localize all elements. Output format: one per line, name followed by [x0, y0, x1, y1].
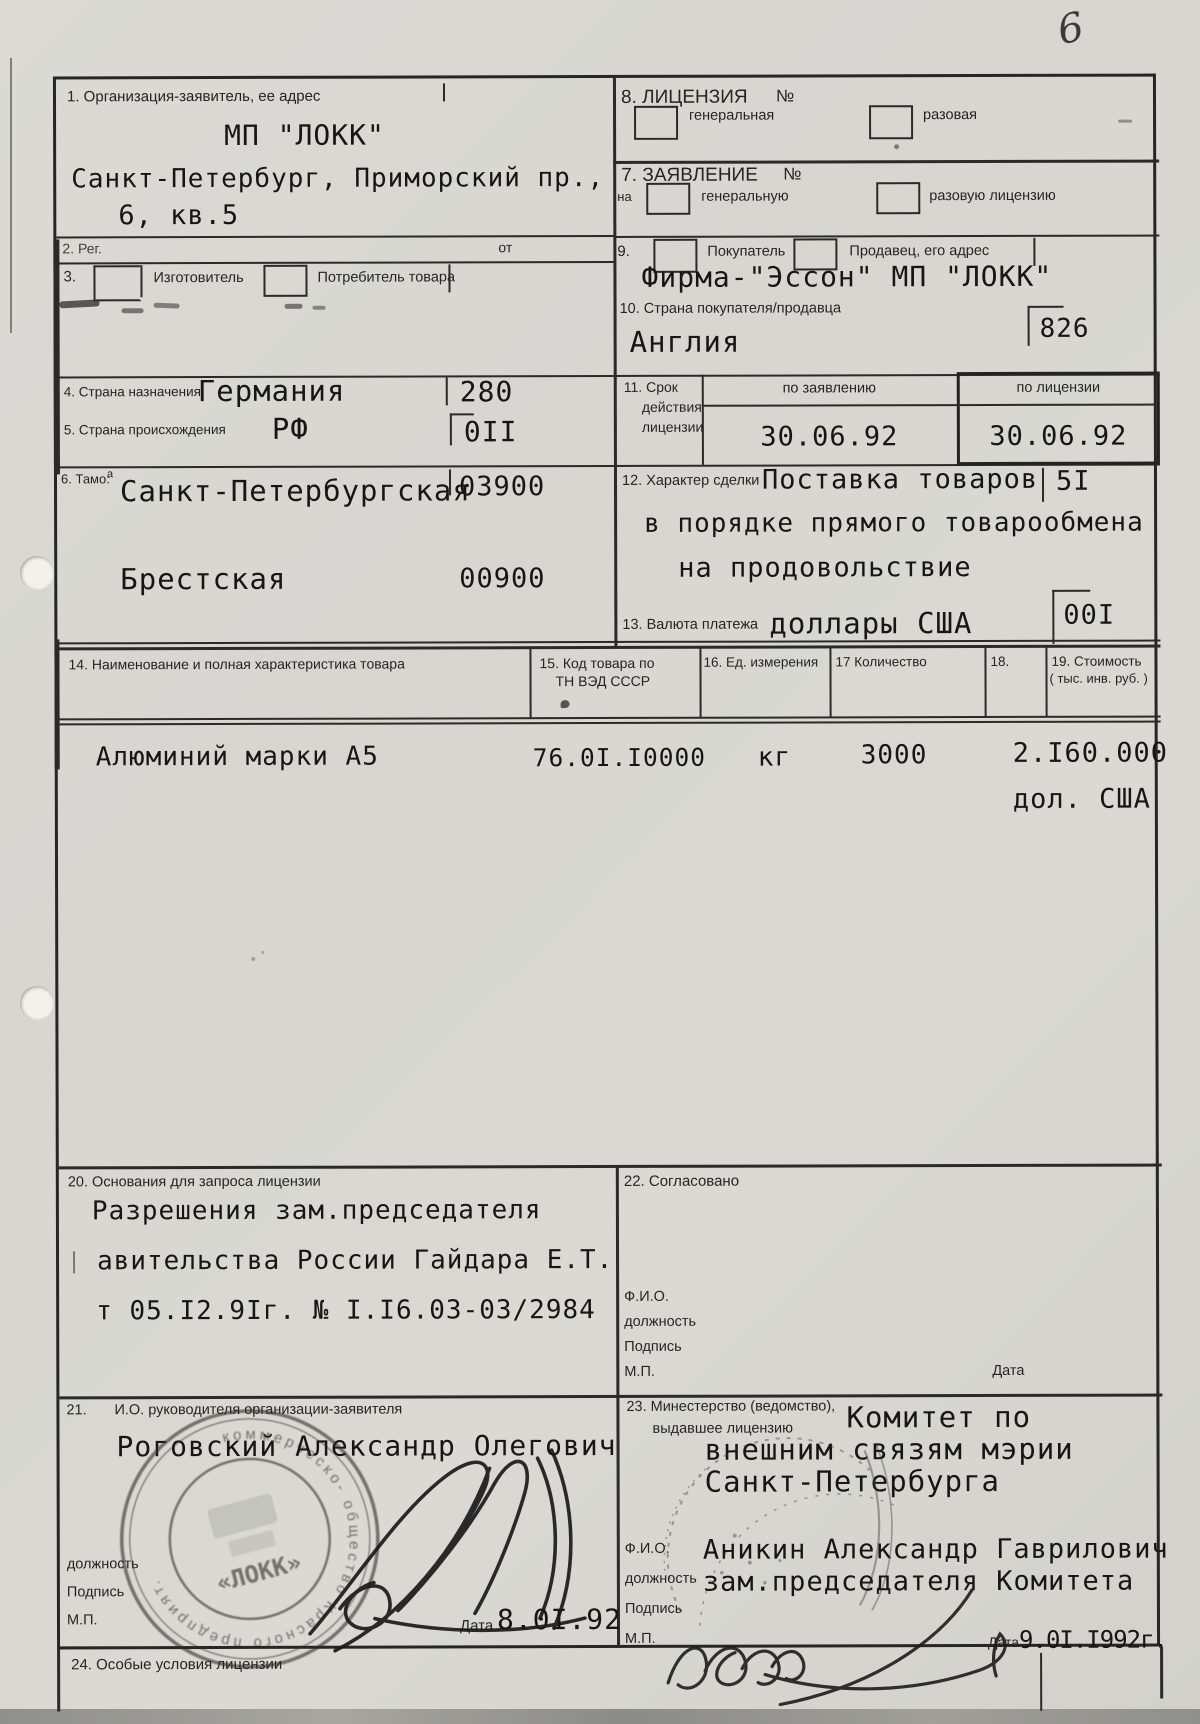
col15-header: 15. Код товара по — [539, 655, 654, 671]
box5-label: 5. Страна происхождения — [64, 422, 226, 438]
buyer-country: Англия — [630, 325, 741, 359]
mp-label: М.П. — [67, 1612, 98, 1629]
goods-code: 76.0I.I0000 — [533, 743, 706, 772]
col14-header: 14. Наименование и полная характеристика… — [68, 656, 404, 673]
ink-smudge — [285, 304, 303, 309]
applicant-address-line1: Санкт-Петербург, Приморский пр., — [71, 163, 604, 194]
deal-type-line2: в порядке прямого товарообмена — [644, 508, 1144, 539]
page-crease — [10, 58, 12, 333]
deal-type-line1: Поставка товаров — [762, 464, 1038, 496]
box21-number: 21. — [66, 1402, 86, 1419]
checkbox-bracket — [140, 265, 142, 297]
box9-number: 9. — [617, 243, 630, 260]
customs-2-code: 00900 — [459, 563, 545, 594]
partial-letter — [73, 1251, 75, 1273]
border-line — [529, 648, 531, 718]
date-label: Дата — [992, 1363, 1024, 1380]
box7-no-sign: № — [783, 164, 801, 184]
goods-name: Алюминий марки А5 — [96, 742, 379, 773]
border-line — [59, 1164, 1162, 1169]
box24-label: 24. Особые условия лицензии — [71, 1656, 282, 1674]
hole-punch — [20, 986, 54, 1020]
consumer-checkbox — [263, 265, 307, 297]
border-line — [54, 639, 59, 769]
box8-no-sign: № — [776, 87, 794, 107]
manufacturer-checkbox — [93, 265, 141, 301]
tick-mark — [448, 264, 450, 292]
border-line — [984, 647, 986, 717]
border-line — [699, 648, 701, 718]
ink-smudge — [313, 306, 326, 310]
border-line — [58, 716, 1161, 721]
box11-label: 11. Срок — [624, 379, 678, 395]
border-line — [613, 235, 1159, 238]
ink-smudge — [153, 303, 179, 309]
border-line — [58, 721, 1161, 725]
buyer-label: Покупатель — [707, 244, 785, 261]
box13-label: 13. Валюта платежа — [622, 617, 758, 634]
corner-bracket — [1028, 306, 1064, 308]
col19-header: ( тыс. инв. руб. ) — [1050, 672, 1148, 687]
single-application-checkbox — [876, 182, 920, 214]
ink-dot — [251, 957, 255, 961]
destination-country: Германия — [198, 374, 346, 408]
manufacturer-label: Изготовитель — [153, 270, 243, 287]
box11-label: лицензии — [642, 419, 703, 435]
col18-header: 18. — [990, 654, 1009, 670]
hole-punch — [20, 556, 54, 590]
column-divider — [616, 1165, 620, 1648]
fio-label: Ф.И.О. — [624, 1289, 669, 1306]
col17-header: 17 Количество — [835, 654, 926, 670]
scanned-license-form-page: 6 — [0, 0, 1200, 1724]
origin-country: РФ — [272, 412, 309, 446]
payment-currency-code: 00I — [1063, 600, 1115, 631]
border-line — [702, 404, 957, 406]
applicant-address-line2: 6, кв.5 — [118, 200, 239, 231]
applicant-name: МП "ЛОКК" — [224, 119, 385, 152]
mp-label: М.П. — [624, 1364, 655, 1381]
ink-dot — [561, 700, 570, 708]
tick-mark — [449, 469, 451, 495]
tick-mark — [443, 83, 445, 101]
border-line — [1045, 647, 1047, 717]
box2-from-label: от — [498, 239, 512, 255]
border-line — [57, 465, 614, 468]
ink-smudge — [59, 299, 99, 308]
customs-1-name: Санкт-Петербургская — [120, 473, 471, 508]
box1-label: 1. Организация-заявитель, ее адрес — [67, 88, 320, 106]
grounds-line2: авительства России Гайдара Е.Т. — [97, 1245, 613, 1276]
box3-number: 3. — [63, 268, 76, 285]
border-line — [57, 645, 1160, 651]
box22-label: 22. Согласовано — [624, 1173, 739, 1191]
ministry-sign-date: 9.0I.I992г. — [1019, 1626, 1167, 1654]
position-label: должность — [624, 1314, 696, 1331]
signature-label: Подпись — [624, 1339, 681, 1356]
customs-2-name: Брестская — [120, 562, 286, 596]
goods-cost: 2.I60.000 — [1013, 738, 1168, 769]
general-license-label: генеральная — [689, 108, 774, 125]
deal-type-code: 5I — [1056, 466, 1091, 497]
border-line — [53, 239, 60, 474]
col16-header: 16. Ед. измерения — [703, 654, 818, 670]
ink-smudge — [122, 308, 144, 313]
box20-label: 20. Основания для запроса лицензии — [68, 1174, 321, 1191]
box2-label: 2. Рег. — [62, 240, 101, 256]
general-application-label: генеральную — [701, 189, 788, 206]
general-license-checkbox — [634, 106, 678, 140]
tick-mark — [446, 377, 448, 405]
corner-bracket — [1052, 590, 1090, 592]
grounds-line1: Разрешения зам.председателя — [92, 1195, 542, 1226]
by-application-header: по заявлению — [702, 380, 957, 397]
ink-smudge — [1118, 120, 1132, 123]
tick-mark — [1042, 468, 1044, 502]
ministry-signature — [650, 1582, 1040, 1718]
by-application-date: 30.06.92 — [702, 421, 957, 453]
border-line — [613, 160, 1159, 164]
destination-country-code: 280 — [460, 375, 514, 408]
box10-label: 10. Страна покупателя/продавца — [620, 300, 842, 317]
origin-country-code: 0II — [464, 415, 518, 448]
goods-quantity: 3000 — [861, 740, 928, 770]
border-line — [56, 235, 613, 238]
buyer-country-code: 826 — [1040, 314, 1090, 344]
corner-bracket — [1052, 590, 1054, 644]
handwritten-page-number: 6 — [1053, 4, 1087, 54]
by-license-header: по лицензии — [960, 380, 1157, 397]
single-license-checkbox — [869, 105, 913, 139]
seller-label: Продавец, его адрес — [849, 243, 989, 260]
consumer-label: Потребитель товара — [317, 269, 455, 286]
box7-na-label: на — [617, 190, 631, 205]
fio-label: Ф.И.О. — [625, 1541, 670, 1558]
border-line — [56, 261, 613, 264]
ink-dot — [261, 951, 264, 954]
box12-label: 12. Характер сделки — [622, 473, 759, 490]
border-line — [1040, 1653, 1042, 1711]
border-line — [57, 1649, 60, 1711]
single-application-label: разовую лицензию — [929, 188, 1055, 205]
corner-bracket — [1028, 306, 1030, 346]
border-line — [1160, 1647, 1163, 1699]
box6-label: 6. Тамо: — [61, 472, 110, 487]
ink-dot — [894, 144, 899, 149]
border-line — [829, 647, 831, 717]
border-line — [57, 640, 1160, 644]
goods-unit: кг — [758, 743, 791, 773]
general-application-checkbox — [646, 183, 690, 215]
single-license-label: разовая — [923, 107, 977, 124]
by-license-date: 30.06.92 — [960, 421, 1157, 453]
ministry-official-name: Аникин Александр Гаврилович — [703, 1534, 1169, 1566]
border-line — [59, 1394, 1162, 1399]
col19-header: 19. Стоимость — [1051, 654, 1141, 670]
grounds-line3: т 05.I2.9Iг. № I.I6.03-03/2984 — [96, 1295, 596, 1326]
goods-cost-currency: дол. США — [1013, 784, 1151, 815]
license-form: 1. Организация-заявитель, ее адрес МП "Л… — [53, 74, 1160, 1650]
box11-label: действия — [642, 399, 702, 415]
customs-1-code: 03900 — [459, 471, 545, 502]
buyer-seller-value: Фирма-"Эссон" МП "ЛОКК" — [641, 260, 1052, 294]
deal-type-line3: на продовольствие — [678, 552, 971, 584]
corner-bracket — [450, 413, 452, 445]
payment-currency: доллары США — [769, 606, 972, 641]
applicant-signature — [279, 1428, 590, 1654]
box4-label: 4. Страна назначения — [64, 384, 201, 400]
col15-header: ТН ВЭД СССР — [556, 673, 651, 689]
box6-mark: а — [107, 468, 113, 481]
